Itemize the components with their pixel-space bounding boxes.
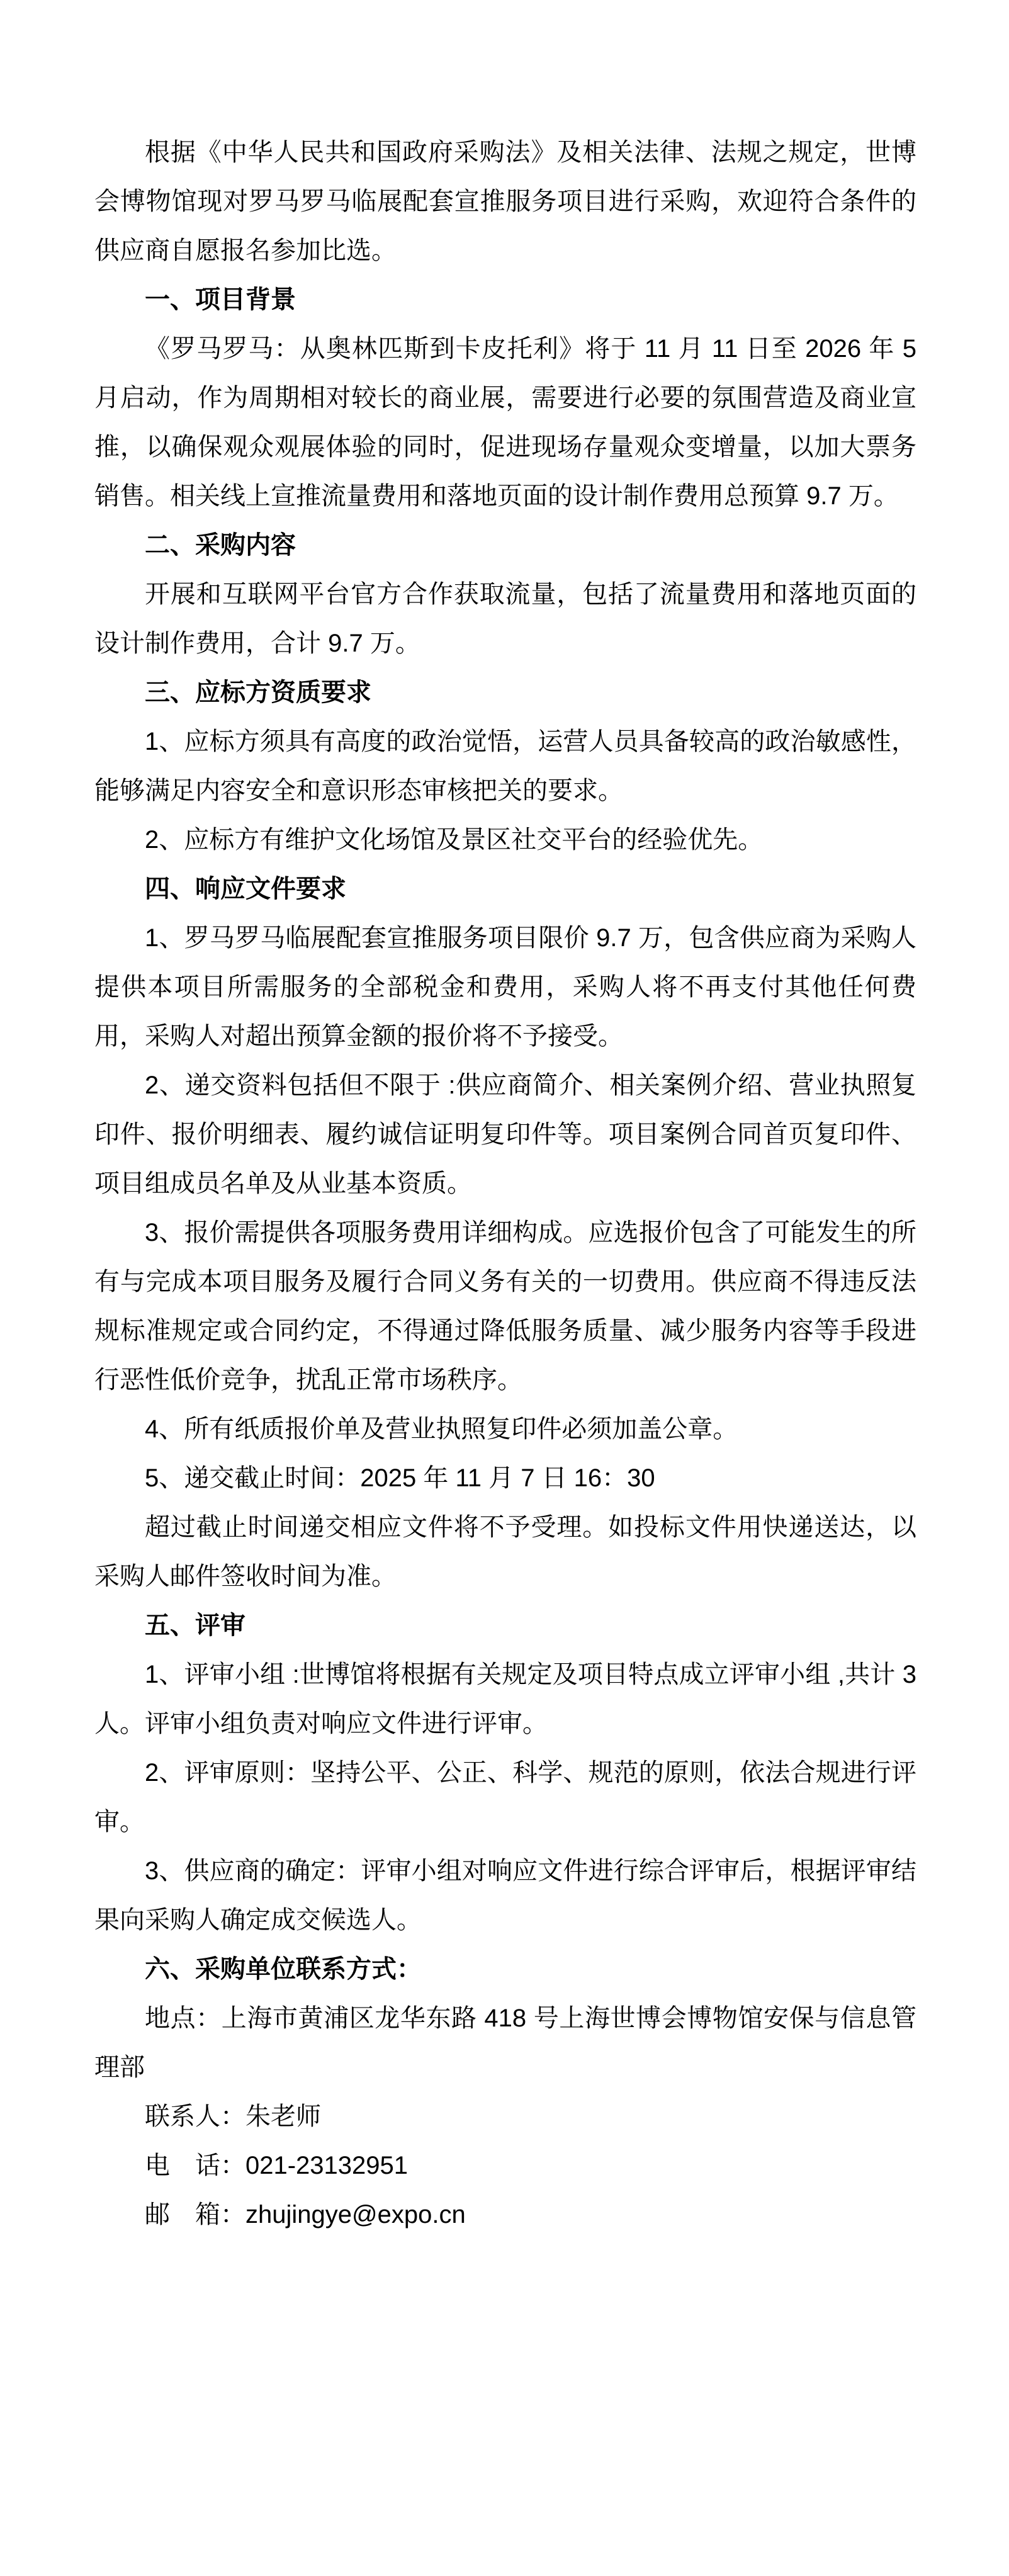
paragraph: 3、报价需提供各项服务费用详细构成。应选报价包含了可能发生的所有与完成本项目服务… (94, 1208, 916, 1404)
paragraph: 1、罗马罗马临展配套宣推服务项目限价 9.7 万，包含供应商为采购人提供本项目所… (94, 913, 916, 1061)
paragraph: 开展和互联网平台官方合作获取流量，包括了流量费用和落地页面的设计制作费用，合计 … (94, 570, 916, 668)
section-heading: 三、应标方资质要求 (94, 668, 916, 717)
sections-container: 一、项目背景《罗马罗马：从奥林匹斯到卡皮托利》将于 11 月 11 日至 202… (94, 275, 916, 2239)
paragraph: 2、评审原则：坚持公平、公正、科学、规范的原则，依法合规进行评审。 (94, 1748, 916, 1846)
paragraph: 2、递交资料包括但不限于 :供应商简介、相关案例介绍、营业执照复印件、报价明细表… (94, 1061, 916, 1208)
paragraph: 《罗马罗马：从奥林匹斯到卡皮托利》将于 11 月 11 日至 2026 年 5 … (94, 324, 916, 521)
document-body: 根据《中华人民共和国政府采购法》及相关法律、法规之规定，世博会博物馆现对罗马罗马… (94, 128, 916, 2239)
paragraph: 2、应标方有维护文化场馆及景区社交平台的经验优先。 (94, 815, 916, 864)
paragraph: 电 话：021-23132951 (94, 2141, 916, 2190)
intro-paragraph: 根据《中华人民共和国政府采购法》及相关法律、法规之规定，世博会博物馆现对罗马罗马… (94, 128, 916, 275)
section-heading: 五、评审 (94, 1601, 916, 1650)
paragraph: 1、评审小组 :世博馆将根据有关规定及项目特点成立评审小组 ,共计 3 人。评审… (94, 1650, 916, 1748)
paragraph: 地点：上海市黄浦区龙华东路 418 号上海世博会博物馆安保与信息管理部 (94, 1994, 916, 2092)
paragraph: 联系人：朱老师 (94, 2092, 916, 2141)
section-heading: 一、项目背景 (94, 275, 916, 324)
paragraph: 邮 箱：zhujingye@expo.cn (94, 2190, 916, 2239)
section-heading: 六、采购单位联系方式： (94, 1945, 916, 1994)
section-heading: 四、响应文件要求 (94, 864, 916, 913)
paragraph: 1、应标方须具有高度的政治觉悟，运营人员具备较高的政治敏感性，能够满足内容安全和… (94, 717, 916, 815)
paragraph: 3、供应商的确定：评审小组对响应文件进行综合评审后，根据评审结果向采购人确定成交… (94, 1846, 916, 1945)
paragraph: 超过截止时间递交相应文件将不予受理。如投标文件用快递送达，以采购人邮件签收时间为… (94, 1503, 916, 1601)
paragraph: 4、所有纸质报价单及营业执照复印件必须加盖公章。 (94, 1404, 916, 1454)
paragraph: 5、递交截止时间：2025 年 11 月 7 日 16：30 (94, 1454, 916, 1503)
section-heading: 二、采购内容 (94, 521, 916, 570)
